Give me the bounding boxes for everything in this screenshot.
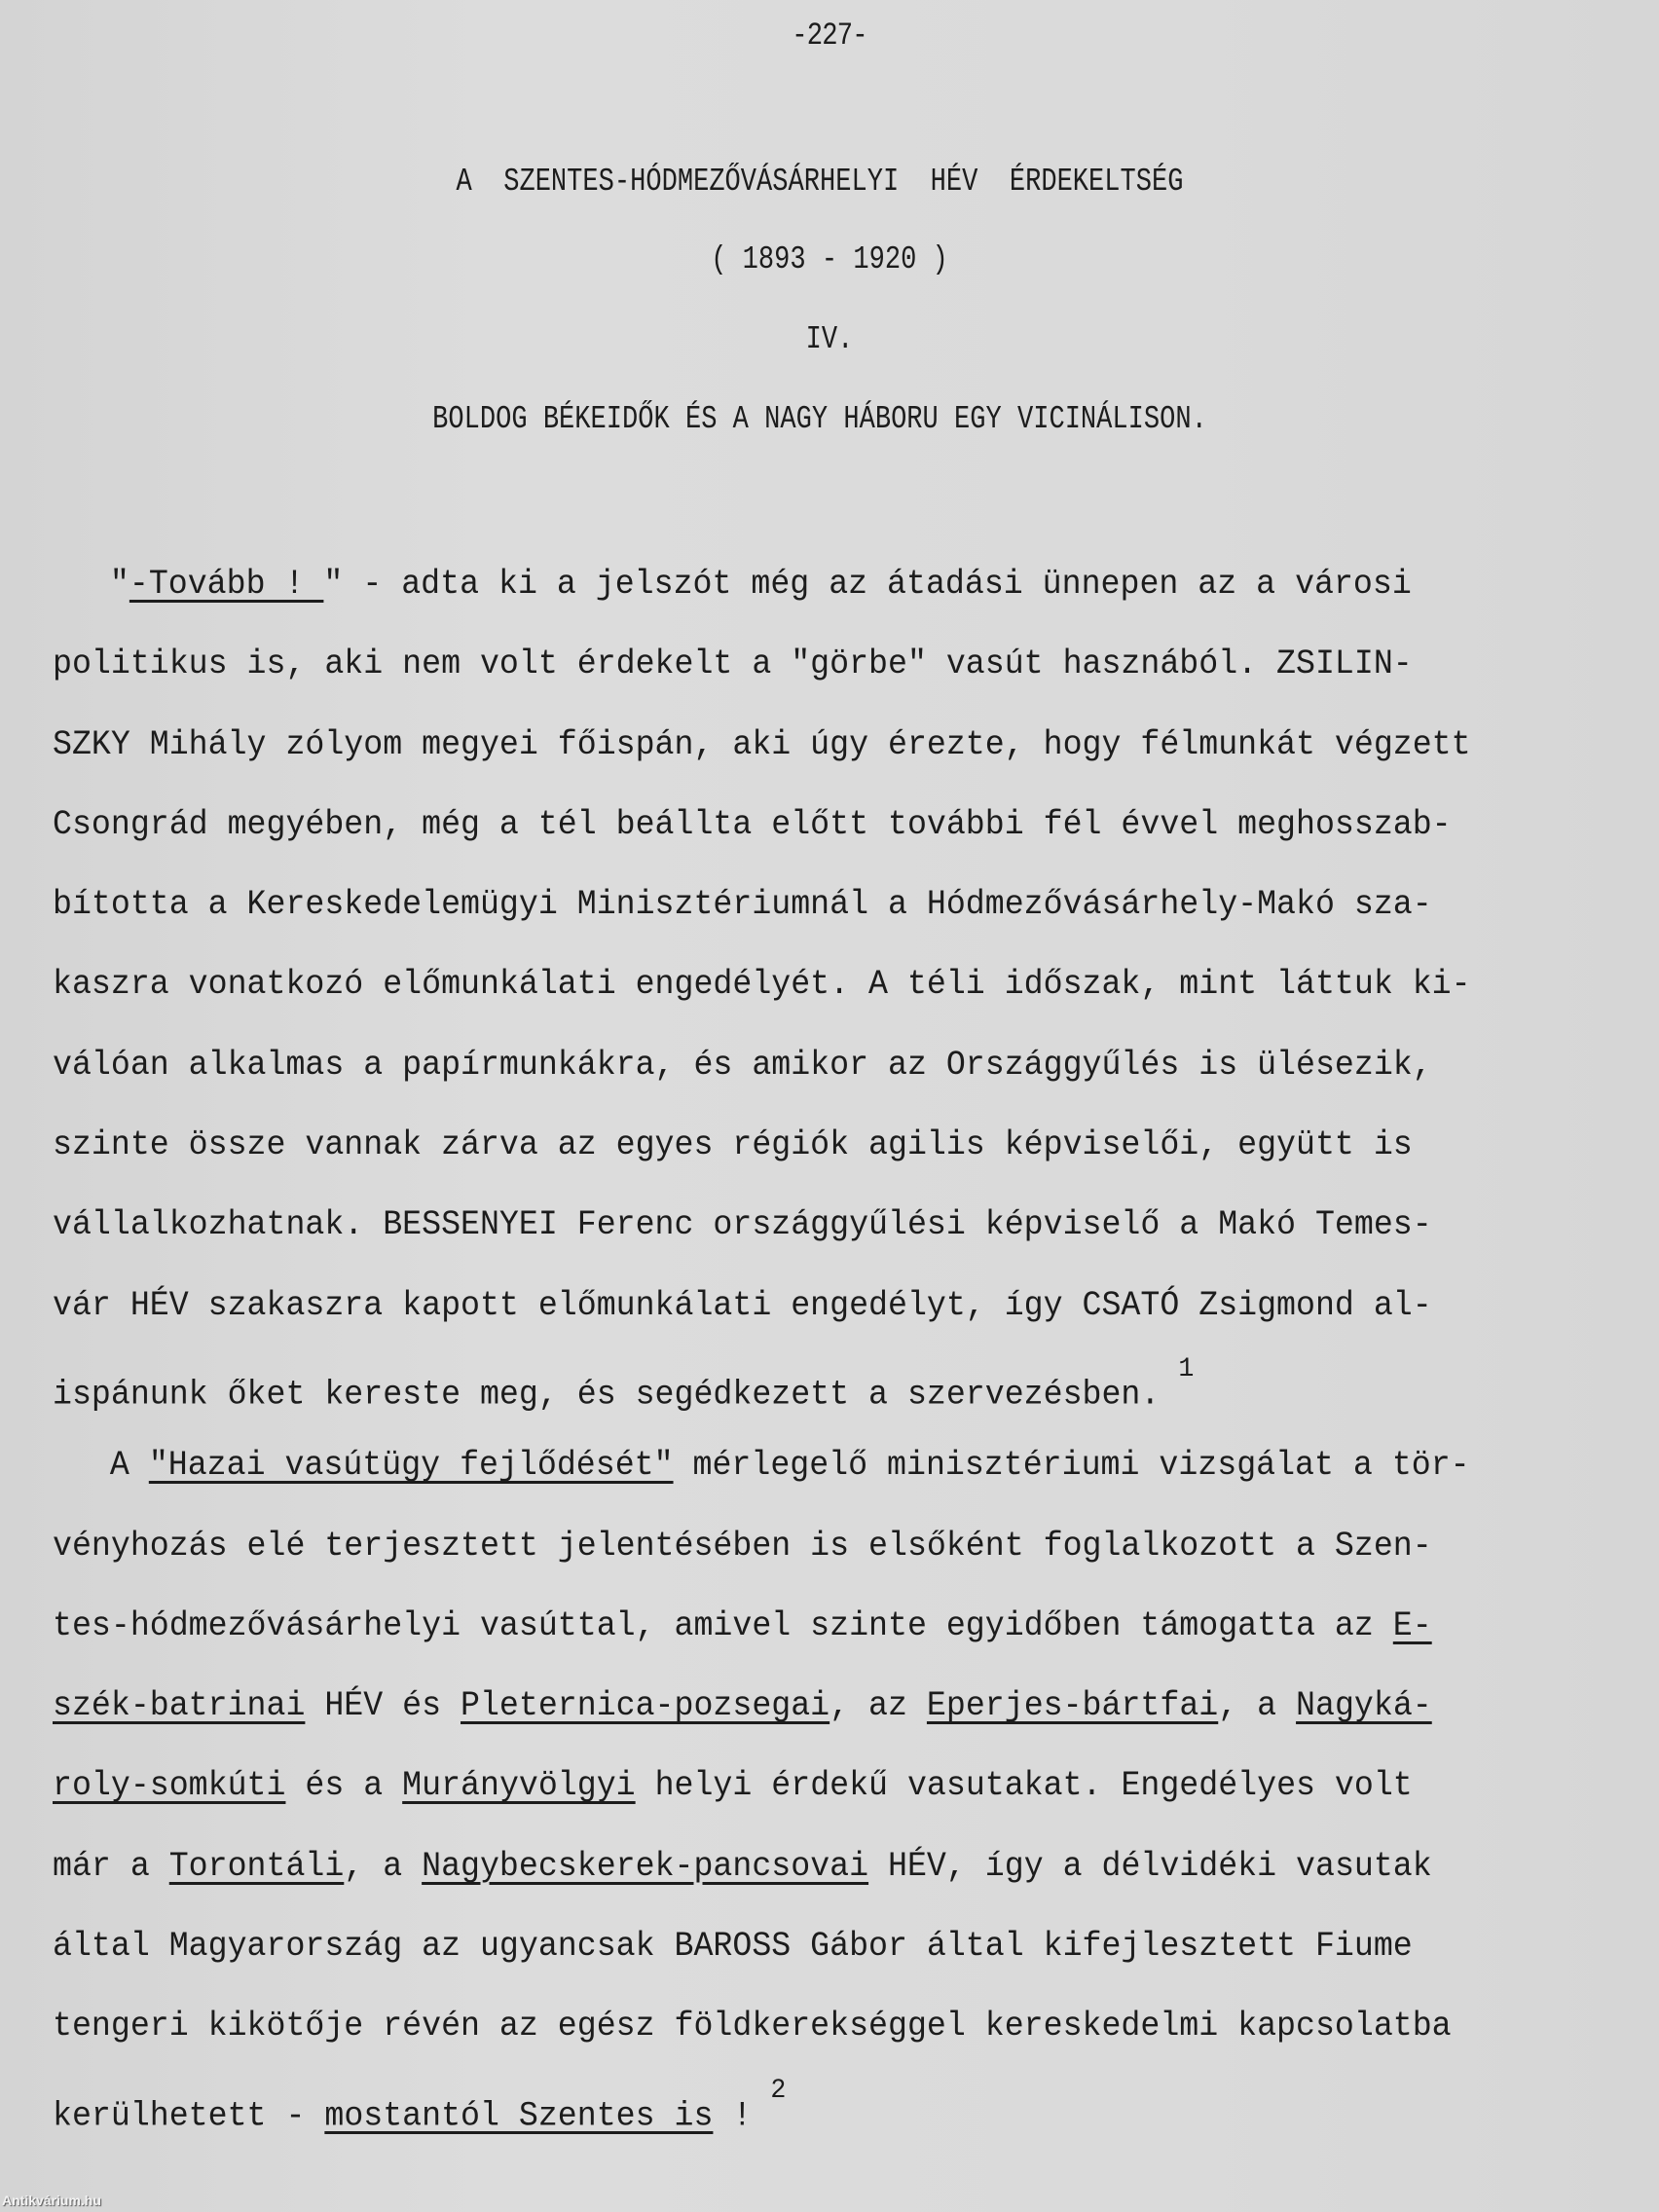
text-segment: által Magyarország az ugyancsak BAROSS G… [53,1927,1413,1966]
text-line: már a Torontáli, a Nagybecskerek-pancsov… [53,1842,1551,1922]
text-segment: A [110,1446,149,1485]
text-segment: HÉV és [305,1686,461,1725]
document-years: ( 1893 - 1920 ) [149,241,1509,277]
text-line: vállalkozhatnak. BESSENYEI Ferenc ország… [53,1200,1551,1280]
text-line: kaszra vonatkozó előmunkálati engedélyét… [53,960,1551,1040]
chapter-number: IV. [149,321,1509,357]
text-line: válóan alkalmas a papírmunkákra, és amik… [53,1041,1551,1121]
underlined-text: E- [1393,1606,1432,1645]
text-segment: kerülhetett - [53,2096,324,2135]
footnote-marker: 1 [1178,1354,1194,1384]
text-segment: HÉV, így a délvidéki vasutak [868,1847,1432,1886]
text-line: roly-somkúti és a Murányvölgyi helyi érd… [53,1761,1551,1841]
text-line: Csongrád megyében, még a tél beállta elő… [53,800,1551,880]
text-segment: vényhozás elé terjesztett jelentésében i… [53,1527,1432,1566]
underlined-text: Murányvölgyi [402,1766,635,1805]
underlined-text: mostantól Szentes is [324,2096,713,2135]
underlined-text: Eperjes-bártfai [927,1686,1218,1725]
text-line: "-Tovább ! " - adta ki a jelszót még az … [53,560,1551,640]
underlined-text: Nagyká- [1296,1686,1432,1725]
text-segment: SZKY Mihály zólyom megyei főispán, aki ú… [53,725,1471,764]
text-line: vár HÉV szakaszra kapott előmunkálati en… [53,1281,1551,1361]
underlined-text: roly-somkúti [53,1766,285,1805]
text-segment: tes-hódmezővásárhelyi vasúttal, amivel s… [53,1606,1393,1645]
underlined-text: szék-batrinai [53,1686,305,1725]
text-line: tengeri kikötője révén az egész földkere… [53,2002,1551,2082]
document-page: -227- A SZENTES-HÓDMEZŐVÁSÁRHELYI HÉV ÉR… [0,0,1659,2212]
text-line: vényhozás elé terjesztett jelentésében i… [53,1522,1551,1602]
text-segment: vállalkozhatnak. BESSENYEI Ferenc ország… [53,1205,1432,1244]
text-line: tes-hódmezővásárhelyi vasúttal, amivel s… [53,1602,1551,1681]
text-segment: , az [829,1686,927,1725]
underlined-text: Nagybecskerek-pancsovai [422,1847,868,1886]
underlined-text: Pleternica-pozsegai [461,1686,829,1725]
watermark: Antikvárium.hu [2,2193,101,2208]
chapter-subtitle: BOLDOG BÉKEIDŐK ÉS A NAGY HÁBORU EGY VIC… [131,401,1508,437]
text-segment: , a [344,1847,422,1886]
text-line: kerülhetett - mostantól Szentes is !2 [53,2083,1551,2162]
text-segment: politikus is, aki nem volt érdekelt a "g… [53,645,1413,683]
text-segment: bította a Kereskedelemügyi Minisztériumn… [53,885,1432,924]
text-segment: " [110,565,129,604]
text-segment: és a [285,1766,402,1805]
text-line: SZKY Mihály zólyom megyei főispán, aki ú… [53,720,1551,800]
footnote-marker: 2 [770,2076,786,2106]
text-line: A "Hazai vasútügy fejlődését" mérlegelő … [53,1441,1551,1521]
text-line: ispánunk őket kereste meg, és segédkezet… [53,1361,1551,1441]
text-segment: ! [713,2096,752,2135]
text-segment: helyi érdekű vasutakat. Engedélyes volt [636,1766,1413,1805]
text-segment: Csongrád megyében, még a tél beállta elő… [53,805,1452,844]
text-line: által Magyarország az ugyancsak BAROSS G… [53,1922,1551,2002]
text-segment: tengeri kikötője révén az egész földkere… [53,2007,1452,2046]
underlined-text: Torontáli [169,1847,345,1886]
text-segment: kaszra vonatkozó előmunkálati engedélyét… [53,965,1471,1004]
underlined-text: "Hazai vasútügy fejlődését" [149,1446,674,1485]
text-segment: már a [53,1847,169,1886]
text-line: szinte össze vannak zárva az egyes régió… [53,1121,1551,1200]
page-number: -227- [125,18,1534,54]
document-title: A SZENTES-HÓDMEZŐVÁSÁRHELYI HÉV ÉRDEKELT… [131,164,1508,200]
text-line: bította a Kereskedelemügyi Minisztériumn… [53,880,1551,960]
text-segment: mérlegelő minisztériumi vizsgálat a tör- [674,1446,1470,1485]
text-segment: vár HÉV szakaszra kapott előmunkálati en… [53,1286,1432,1325]
text-segment: , a [1218,1686,1296,1725]
body-text: "-Tovább ! " - adta ki a jelszót még az … [53,560,1630,2162]
text-line: politikus is, aki nem volt érdekelt a "g… [53,640,1551,719]
text-line: szék-batrinai HÉV és Pleternica-pozsegai… [53,1681,1551,1761]
text-segment: válóan alkalmas a papírmunkákra, és amik… [53,1046,1432,1085]
text-segment: szinte össze vannak zárva az egyes régió… [53,1125,1413,1164]
text-segment: " - adta ki a jelszót még az átadási ünn… [323,565,1411,604]
underlined-text: -Tovább ! [129,565,324,604]
text-segment: ispánunk őket kereste meg, és segédkezet… [53,1376,1160,1415]
